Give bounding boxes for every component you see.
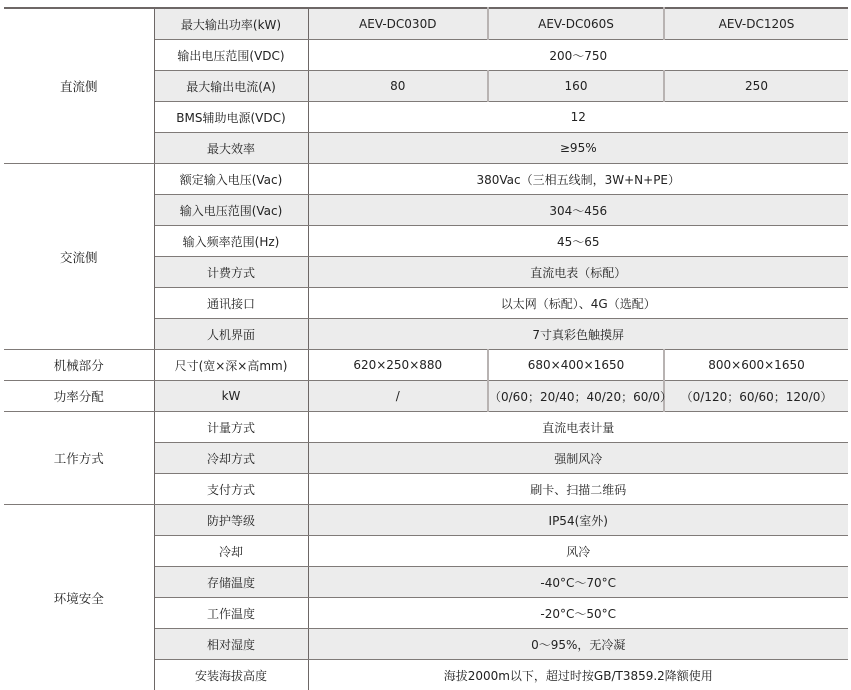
parameter-value: 海拔2000m以下，超过时按GB/T3859.2降额使用 bbox=[308, 660, 848, 690]
parameter-label: 相对湿度 bbox=[154, 629, 308, 660]
parameter-value: 0～95%，无冷凝 bbox=[308, 629, 848, 660]
parameter-label: 额定输入电压(Vac) bbox=[154, 164, 308, 195]
parameter-label: 最大效率 bbox=[154, 133, 308, 164]
parameter-label: 安装海拔高度 bbox=[154, 660, 308, 690]
parameter-value: 强制风冷 bbox=[308, 443, 848, 474]
table-row: 交流侧额定输入电压(Vac)380Vac（三相五线制，3W+N+PE） bbox=[4, 164, 848, 195]
parameter-label: 存储温度 bbox=[154, 567, 308, 598]
parameter-label: 输出电压范围(VDC) bbox=[154, 40, 308, 71]
parameter-value: （0/120；60/60；120/0） bbox=[664, 381, 848, 412]
parameter-value: 以太网（标配）、4G（选配） bbox=[308, 288, 848, 319]
parameter-label: 最大输出功率(kW) bbox=[154, 8, 308, 40]
table-row: 机械部分尺寸(宽×深×高mm)620×250×880680×400×165080… bbox=[4, 350, 848, 381]
parameter-value: IP54(室外) bbox=[308, 505, 848, 536]
parameter-label: 支付方式 bbox=[154, 474, 308, 505]
parameter-value: 直流电表计量 bbox=[308, 412, 848, 443]
parameter-value: 304～456 bbox=[308, 195, 848, 226]
spec-table: 直流侧最大输出功率(kW)AEV-DC030DAEV-DC060SAEV-DC1… bbox=[4, 7, 848, 690]
parameter-value: （0/60；20/40；40/20；60/0） bbox=[488, 381, 664, 412]
parameter-value: AEV-DC120S bbox=[664, 8, 848, 40]
table-row: 工作方式计量方式直流电表计量 bbox=[4, 412, 848, 443]
parameter-label: 人机界面 bbox=[154, 319, 308, 350]
group-label: 机械部分 bbox=[4, 350, 154, 381]
parameter-value: AEV-DC030D bbox=[308, 8, 488, 40]
parameter-value: -20°C～50°C bbox=[308, 598, 848, 629]
parameter-label: 输入电压范围(Vac) bbox=[154, 195, 308, 226]
parameter-value: 250 bbox=[664, 71, 848, 102]
parameter-value: 12 bbox=[308, 102, 848, 133]
group-label: 直流侧 bbox=[4, 8, 154, 164]
table-row: 直流侧最大输出功率(kW)AEV-DC030DAEV-DC060SAEV-DC1… bbox=[4, 8, 848, 40]
parameter-value: 80 bbox=[308, 71, 488, 102]
table-row: 环境安全防护等级IP54(室外) bbox=[4, 505, 848, 536]
parameter-value: 620×250×880 bbox=[308, 350, 488, 381]
parameter-value: / bbox=[308, 381, 488, 412]
parameter-value: 直流电表（标配） bbox=[308, 257, 848, 288]
parameter-value: 200～750 bbox=[308, 40, 848, 71]
parameter-value: ≥95% bbox=[308, 133, 848, 164]
parameter-label: BMS辅助电源(VDC) bbox=[154, 102, 308, 133]
parameter-value: -40°C～70°C bbox=[308, 567, 848, 598]
parameter-value: 380Vac（三相五线制，3W+N+PE） bbox=[308, 164, 848, 195]
parameter-value: 45～65 bbox=[308, 226, 848, 257]
parameter-value: 680×400×1650 bbox=[488, 350, 664, 381]
parameter-label: 冷却 bbox=[154, 536, 308, 567]
parameter-label: 计费方式 bbox=[154, 257, 308, 288]
parameter-label: 输入频率范围(Hz) bbox=[154, 226, 308, 257]
group-label: 工作方式 bbox=[4, 412, 154, 505]
group-label: 环境安全 bbox=[4, 505, 154, 690]
parameter-label: 防护等级 bbox=[154, 505, 308, 536]
parameter-label: 通讯接口 bbox=[154, 288, 308, 319]
parameter-label: 尺寸(宽×深×高mm) bbox=[154, 350, 308, 381]
parameter-value: 160 bbox=[488, 71, 664, 102]
parameter-label: 冷却方式 bbox=[154, 443, 308, 474]
spec-table-body: 直流侧最大输出功率(kW)AEV-DC030DAEV-DC060SAEV-DC1… bbox=[4, 8, 848, 690]
parameter-value: 800×600×1650 bbox=[664, 350, 848, 381]
parameter-label: 工作温度 bbox=[154, 598, 308, 629]
group-label: 功率分配 bbox=[4, 381, 154, 412]
table-row: 功率分配kW/（0/60；20/40；40/20；60/0）（0/120；60/… bbox=[4, 381, 848, 412]
parameter-value: 风冷 bbox=[308, 536, 848, 567]
parameter-value: 7寸真彩色触摸屏 bbox=[308, 319, 848, 350]
parameter-label: 最大输出电流(A) bbox=[154, 71, 308, 102]
parameter-label: kW bbox=[154, 381, 308, 412]
parameter-value: 刷卡、扫描二维码 bbox=[308, 474, 848, 505]
parameter-value: AEV-DC060S bbox=[488, 8, 664, 40]
parameter-label: 计量方式 bbox=[154, 412, 308, 443]
group-label: 交流侧 bbox=[4, 164, 154, 350]
